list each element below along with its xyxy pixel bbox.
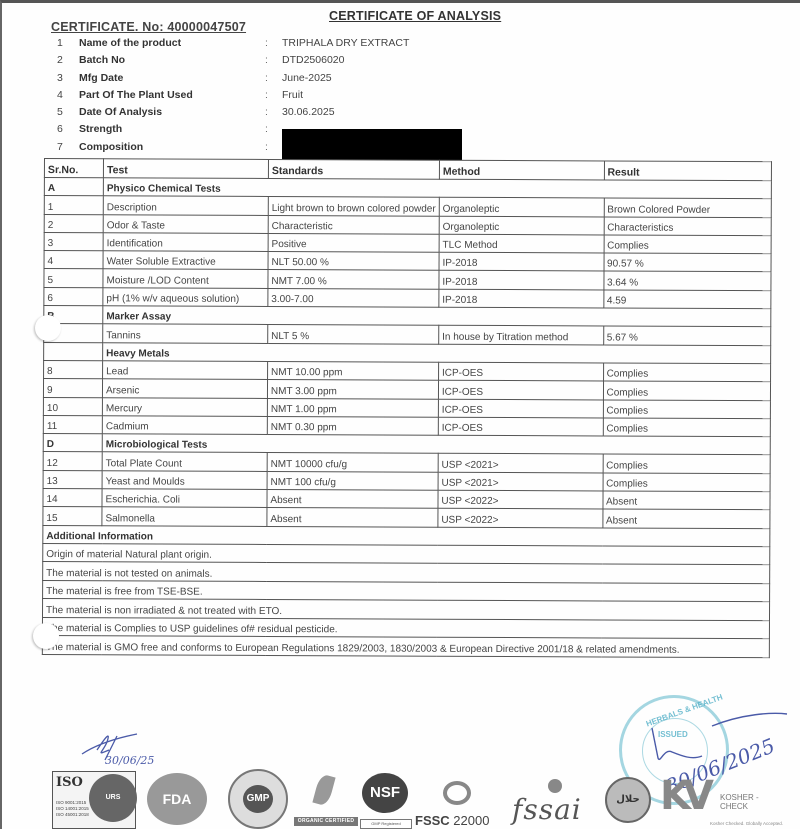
result-cell: Absent <box>602 491 770 510</box>
kosher-check-logo: KV KOSHER -CHECK Kosher Checked. Globall… <box>660 773 800 829</box>
certificate-page: CERTIFICATE OF ANALYSIS CERTIFICATE. No:… <box>0 0 800 829</box>
svg-text:30/06/25: 30/06/25 <box>105 754 154 767</box>
left-signature: 30/06/25 <box>77 730 167 768</box>
info-row: 3Mfg Date:June-2025 <box>52 72 472 89</box>
info-colon: : <box>265 123 268 135</box>
result-cell: Complies <box>603 418 771 437</box>
info-number: 3 <box>57 72 71 84</box>
test-cell: Mercury <box>102 397 267 416</box>
info-colon: : <box>265 89 268 101</box>
standard-cell: 3.00-7.00 <box>268 288 439 307</box>
info-label: Batch No <box>79 54 125 66</box>
kv-mark-icon: KV <box>660 773 706 819</box>
test-cell: Moisture /LOD Content <box>103 269 268 288</box>
sr-no-cell: 4 <box>44 251 103 270</box>
method-cell: ICP-OES <box>438 417 603 436</box>
test-cell: Salmonella <box>102 507 267 526</box>
standard-cell: Absent <box>267 490 438 509</box>
info-number: 2 <box>57 54 71 66</box>
analysis-table: Sr.No.TestStandardsMethodResult APhysico… <box>42 158 772 658</box>
standard-cell: NLT 50.00 % <box>268 252 439 271</box>
info-colon: : <box>265 72 268 84</box>
standard-cell: NMT 3.00 ppm <box>267 380 438 399</box>
column-header: Result <box>604 161 772 181</box>
standard-cell: Positive <box>268 233 439 252</box>
method-cell: TLC Method <box>439 234 604 253</box>
info-label: Date Of Analysis <box>79 106 162 118</box>
certification-logos: ISO ISO 9001:2015ISO 14001:2015ISO 45001… <box>50 769 800 829</box>
test-cell: Tannins <box>103 324 268 343</box>
additional-info-row: The material is GMO free and conforms to… <box>42 636 769 658</box>
method-cell: USP <2021> <box>438 454 603 473</box>
info-label: Strength <box>79 123 122 135</box>
info-number: 6 <box>57 123 71 135</box>
method-cell: Organoleptic <box>439 198 604 217</box>
document-title: CERTIFICATE OF ANALYSIS <box>329 9 501 23</box>
method-cell: IP-2018 <box>439 289 604 308</box>
result-cell: Absent <box>602 509 770 528</box>
sr-no-cell: 6 <box>44 287 103 306</box>
standard-cell: Characteristic <box>268 215 439 234</box>
result-cell: Characteristics <box>604 217 772 236</box>
section-letter: A <box>44 178 103 197</box>
method-cell: USP <2022> <box>438 490 603 509</box>
test-cell: Arsenic <box>102 379 267 398</box>
info-number: 5 <box>57 106 71 118</box>
info-row: 2Batch No:DTD2506020 <box>52 54 472 71</box>
hole-punch <box>33 623 59 649</box>
test-cell: Lead <box>103 361 268 380</box>
sr-no-cell: 13 <box>43 470 102 489</box>
sr-no-cell: 2 <box>44 214 103 233</box>
column-header: Test <box>103 159 268 179</box>
result-cell: Complies <box>603 454 771 473</box>
test-cell: Yeast and Moulds <box>102 471 267 490</box>
method-cell: IP-2018 <box>439 252 604 271</box>
organic-certified-logo: ORGANIC CERTIFIED <box>294 775 358 827</box>
info-label: Mfg Date <box>79 72 123 84</box>
method-cell: ICP-OES <box>438 399 603 418</box>
section-letter <box>44 342 103 361</box>
result-cell: 90.57 % <box>604 253 772 272</box>
section-letter: D <box>43 434 102 453</box>
method-cell: ICP-OES <box>438 362 603 381</box>
method-cell: In house by Titration method <box>439 326 604 345</box>
info-row: 1Name of the product:TRIPHALA DRY EXTRAC… <box>52 37 472 54</box>
result-cell: 3.64 % <box>603 271 771 290</box>
sr-no-cell: 12 <box>43 452 102 471</box>
standard-cell: NMT 100 cfu/g <box>267 471 438 490</box>
info-label: Name of the product <box>79 37 181 49</box>
standard-cell: Absent <box>267 508 438 527</box>
sr-no-cell: 3 <box>44 232 103 251</box>
standard-cell: NLT 5 % <box>268 325 439 344</box>
test-cell: Water Soluble Extractive <box>103 251 268 270</box>
iso-standard-line: ISO 45001:2018 <box>56 812 89 818</box>
info-number: 4 <box>57 89 71 101</box>
result-cell: Complies <box>603 473 771 492</box>
standard-cell: NMT 1.00 ppm <box>267 398 438 417</box>
additional-info-note: The material is GMO free and conforms to… <box>42 636 769 658</box>
sr-no-cell: 10 <box>43 397 102 416</box>
info-value: TRIPHALA DRY EXTRACT <box>282 37 409 49</box>
method-cell: IP-2018 <box>439 271 604 290</box>
urs-seal-icon: URS <box>89 774 137 822</box>
info-value: Fruit <box>282 89 303 101</box>
info-colon: : <box>265 141 268 153</box>
info-value: DTD2506020 <box>282 54 344 66</box>
method-cell: USP <2022> <box>438 509 603 528</box>
standard-cell: NMT 7.00 % <box>268 270 439 289</box>
hole-punch <box>35 315 61 341</box>
info-row: 4Part Of The Plant Used:Fruit <box>52 89 472 106</box>
sr-no-cell: 11 <box>43 415 102 434</box>
redaction-box <box>282 129 462 160</box>
test-cell: Escherichia. Coli <box>102 489 267 508</box>
leaf-icon <box>312 773 335 806</box>
certificate-number: CERTIFICATE. No: 40000047507 <box>51 20 246 34</box>
test-cell: Cadmium <box>102 416 267 435</box>
result-cell: Brown Colored Powder <box>604 198 772 217</box>
fssai-logo: fssai <box>508 779 592 827</box>
gmp-logo: GMP <box>228 769 288 829</box>
info-row: 5Date Of Analysis:30.06.2025 <box>52 106 472 123</box>
result-cell: Complies <box>603 400 771 419</box>
result-cell: Complies <box>603 381 771 400</box>
test-cell: Description <box>103 196 268 215</box>
test-cell: Identification <box>103 233 268 252</box>
info-label: Part Of The Plant Used <box>79 89 193 101</box>
standard-cell: NMT 10.00 ppm <box>267 361 438 380</box>
standard-cell: NMT 10000 cfu/g <box>267 453 438 472</box>
info-label: Composition <box>79 141 143 153</box>
sr-no-cell: 1 <box>44 196 103 215</box>
method-cell: Organoleptic <box>439 216 604 235</box>
test-cell: Odor & Taste <box>103 214 268 233</box>
fda-logo: FDA <box>147 773 207 825</box>
info-value: 30.06.2025 <box>282 106 335 118</box>
result-cell: Complies <box>604 235 772 254</box>
ring-icon <box>443 781 471 805</box>
halal-logo: حلال <box>605 777 651 823</box>
iso-logo: ISO ISO 9001:2015ISO 14001:2015ISO 45001… <box>52 771 136 829</box>
info-number: 1 <box>57 37 71 49</box>
column-header: Sr.No. <box>44 159 103 178</box>
standard-cell: NMT 0.30 ppm <box>267 416 438 435</box>
standard-cell: Light brown to brown colored powder <box>268 197 439 216</box>
info-colon: : <box>265 106 268 118</box>
info-colon: : <box>265 37 268 49</box>
method-cell: USP <2021> <box>438 472 603 491</box>
result-cell: 5.67 % <box>603 326 771 345</box>
info-value: June-2025 <box>282 72 332 84</box>
column-header: Standards <box>268 159 439 179</box>
info-colon: : <box>265 54 268 66</box>
column-header: Method <box>439 160 604 180</box>
sr-no-cell: 5 <box>44 269 103 288</box>
test-cell: pH (1% w/v aqueous solution) <box>103 288 268 307</box>
fssc-22000-logo: FSSC 22000 <box>415 781 503 827</box>
sr-no-cell: 15 <box>43 507 102 526</box>
info-number: 7 <box>57 141 71 153</box>
method-cell: ICP-OES <box>438 380 603 399</box>
test-cell: Total Plate Count <box>102 452 267 471</box>
nsf-logo: NSF GMP Registered <box>360 773 412 829</box>
sr-no-cell: 14 <box>43 489 102 508</box>
sr-no-cell: 8 <box>44 360 103 379</box>
result-cell: Complies <box>603 363 771 382</box>
sr-no-cell: 9 <box>43 379 102 398</box>
result-cell: 4.59 <box>603 290 771 309</box>
